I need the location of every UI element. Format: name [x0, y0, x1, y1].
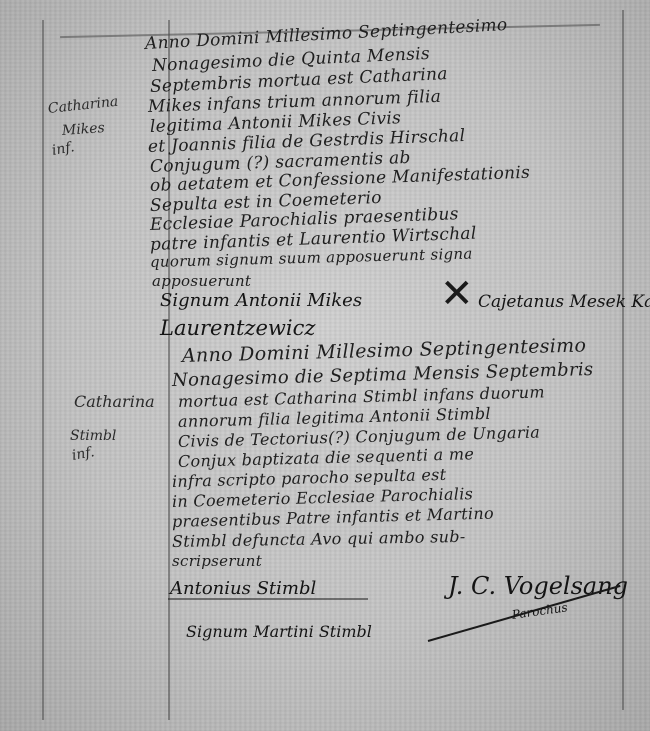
- signature-underline: [168, 598, 368, 600]
- margin-note-line: Stimbl: [70, 428, 116, 444]
- entry-line: Stimbl defuncta Avo qui ambo sub-: [172, 527, 466, 551]
- margin-note-line: Mikes: [61, 120, 105, 139]
- entry-line: scripserunt: [172, 552, 262, 570]
- priest-title: Parochus: [511, 600, 568, 622]
- witness-signature: Laurentzewicz: [160, 316, 315, 340]
- margin-note-line: Catharina: [47, 94, 119, 117]
- witness-signature: Antonius Stimbl: [170, 578, 316, 599]
- document-page: Catharina Mikes inf. Anno Domini Millesi…: [0, 0, 650, 731]
- priest-signature: J. C. Vogelsang: [448, 572, 628, 600]
- left-outer-rule: [42, 20, 44, 720]
- priest-signature: Cajetanus Mesek Kaplan: [478, 292, 650, 312]
- witness-signature: Signum Antonii Mikes: [160, 290, 362, 311]
- witness-signature: Signum Martini Stimbl: [186, 622, 372, 641]
- right-rule: [622, 10, 624, 710]
- margin-note-line: inf.: [51, 139, 76, 159]
- margin-note-line: Catharina: [74, 392, 155, 411]
- margin-note-line: inf.: [71, 444, 96, 464]
- entry-line: apposuerunt: [152, 272, 251, 290]
- cross-mark: ✕: [440, 274, 474, 314]
